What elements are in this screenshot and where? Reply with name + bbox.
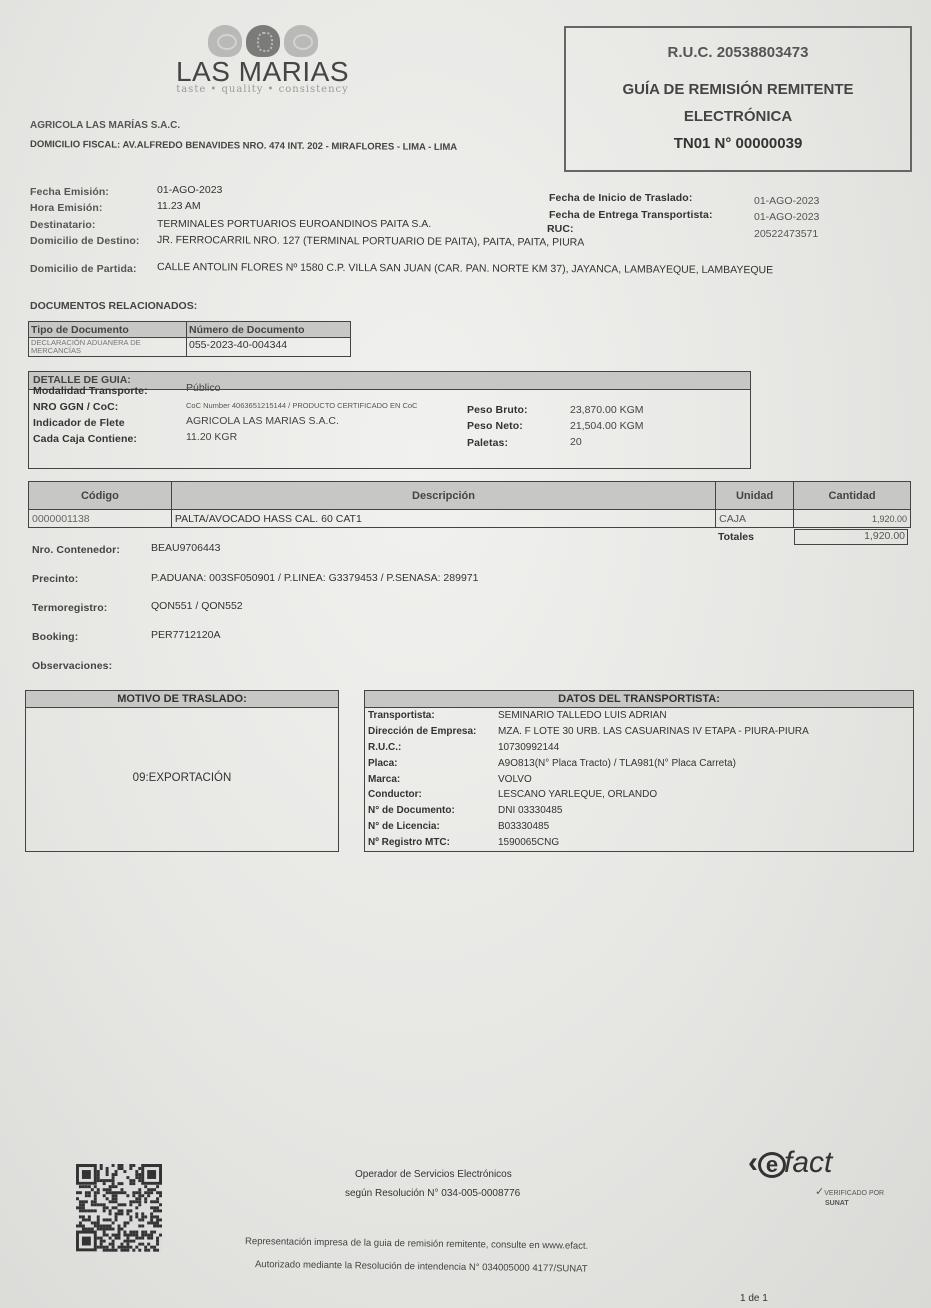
totals-value: 1,920.00 xyxy=(794,529,908,545)
transportista-title: DATOS DEL TRANSPORTISTA: xyxy=(365,691,913,708)
transportista-field-value: MZA. F LOTE 30 URB. LAS CASUARINAS IV ET… xyxy=(498,726,809,737)
destinatario-value: TERMINALES PORTUARIOS EUROANDINOS PAITA … xyxy=(157,218,431,230)
issuer-ruc: R.U.C. 20538803473 xyxy=(566,44,910,61)
fecha-inicio-label: Fecha de Inicio de Traslado: xyxy=(549,192,692,204)
hora-emision-value: 11.23 AM xyxy=(157,200,201,212)
table-row: 0000001138 PALTA/AVOCADO HASS CAL. 60 CA… xyxy=(29,510,911,528)
termoregistro-label: Termoregistro: xyxy=(32,602,107,614)
transportista-field-value: B03330485 xyxy=(498,821,549,832)
transportista-field-value: DNI 03330485 xyxy=(498,805,563,816)
transportista-field-label: Placa: xyxy=(365,758,498,769)
booking-label: Booking: xyxy=(32,631,78,643)
check-icon: ✓ xyxy=(815,1186,824,1198)
sunat-verified-badge: ✓VERIFICADO POR SUNAT xyxy=(815,1187,884,1209)
product-cantidad: 1,920.00 xyxy=(794,510,911,528)
avocado-icon xyxy=(208,25,242,57)
contenedor-value: BEAU9706443 xyxy=(151,542,220,554)
transportista-panel: DATOS DEL TRANSPORTISTA: Transportista:S… xyxy=(364,690,914,852)
domicilio-fiscal: DOMICILIO FISCAL: AV.ALFREDO BENAVIDES N… xyxy=(30,139,457,153)
hora-emision-label: Hora Emisión: xyxy=(30,202,102,214)
peso-neto-label: Peso Neto: xyxy=(467,420,523,432)
col-descripcion: Descripción xyxy=(171,482,715,510)
related-docs-title: DOCUMENTOS RELACIONADOS: xyxy=(30,300,197,312)
document-number: TN01 N° 00000039 xyxy=(566,135,910,152)
fruit-icon xyxy=(284,25,318,57)
contenedor-label: Nro. Contenedor: xyxy=(32,544,120,556)
transportista-row: Marca:VOLVO xyxy=(365,771,913,787)
col-unidad: Unidad xyxy=(716,482,794,510)
company-name: AGRICOLA LAS MARÍAS S.A.C. xyxy=(30,120,180,131)
ruc-destinatario-label: RUC: xyxy=(547,223,574,235)
document-title-line1: GUÍA DE REMISIÓN REMITENTE xyxy=(566,76,910,103)
document-title-line2: ELECTRÓNICA xyxy=(566,103,910,130)
indicador-flete-value: AGRICOLA LAS MARIAS S.A.C. xyxy=(186,415,339,427)
col-codigo: Código xyxy=(29,482,172,510)
peso-bruto-value: 23,870.00 KGM xyxy=(570,404,644,416)
booking-value: PER7712120A xyxy=(151,629,220,641)
product-descripcion: PALTA/AVOCADO HASS CAL. 60 CAT1 xyxy=(171,510,715,528)
transportista-field-value: A9O813(N° Placa Tracto) / TLA981(N° Plac… xyxy=(498,758,736,769)
cada-caja-value: 11.20 KGR xyxy=(186,431,237,443)
paletas-value: 20 xyxy=(570,436,582,448)
motivo-traslado-panel: MOTIVO DE TRASLADO: 09:EXPORTACIÓN xyxy=(25,690,339,852)
transportista-field-label: Nº Registro MTC: xyxy=(365,837,498,848)
ruc-destinatario-value: 20522473571 xyxy=(754,228,818,240)
sunat-text: SUNAT xyxy=(815,1199,884,1209)
domicilio-partida-value: CALLE ANTOLIN FLORES Nº 1580 C.P. VILLA … xyxy=(157,261,773,276)
fecha-entrega-label: Fecha de Entrega Transportista: xyxy=(549,209,713,221)
logo-tagline: taste • quality • consistency xyxy=(175,84,350,95)
verificado-text: VERIFICADO POR xyxy=(824,1190,884,1197)
doc-numero: 055-2023-40-004344 xyxy=(187,338,351,357)
fecha-entrega-value: 01-AGO-2023 xyxy=(754,211,819,223)
products-table: Código Descripción Unidad Cantidad 00000… xyxy=(28,481,911,528)
motivo-value: 09:EXPORTACIÓN xyxy=(26,772,338,784)
transportista-row: N° de Licencia:B03330485 xyxy=(365,819,913,835)
modalidad-value: Público xyxy=(186,382,220,394)
efact-logo: ‹efact xyxy=(748,1146,832,1180)
company-logo: LAS MARIAS taste • quality • consistency xyxy=(175,25,350,110)
transportista-row: Nº Registro MTC:1590065CNG xyxy=(365,834,913,850)
product-unidad: CAJA xyxy=(716,510,794,528)
transportista-field-label: Dirección de Empresa: xyxy=(365,726,498,737)
table-row: DECLARACIÓN ADUANERA DE MERCANCÍAS 055-2… xyxy=(29,338,351,357)
motivo-title: MOTIVO DE TRASLADO: xyxy=(26,691,338,708)
transportista-field-label: Marca: xyxy=(365,774,498,785)
col-cantidad: Cantidad xyxy=(794,482,911,510)
logo-name: LAS MARIAS xyxy=(175,57,350,87)
representacion-text: Representación impresa de la guia de rem… xyxy=(245,1236,588,1252)
product-codigo: 0000001138 xyxy=(29,510,172,528)
transportista-field-value: LESCANO YARLEQUE, ORLANDO xyxy=(498,789,657,800)
transportista-row: Placa:A9O813(N° Placa Tracto) / TLA981(N… xyxy=(365,755,913,771)
transportista-field-label: Transportista: xyxy=(365,710,498,721)
cada-caja-label: Cada Caja Contiene: xyxy=(33,433,137,445)
col-numero-documento: Número de Documento xyxy=(187,322,351,338)
transportista-row: Conductor:LESCANO YARLEQUE, ORLANDO xyxy=(365,787,913,803)
related-docs-table: Tipo de Documento Número de Documento DE… xyxy=(28,321,351,357)
transportista-field-value: VOLVO xyxy=(498,774,532,785)
precinto-value: P.ADUANA: 003SF050901 / P.LINEA: G337945… xyxy=(151,572,478,584)
operador-line2: según Resolución N° 034-005-0008776 xyxy=(345,1188,520,1199)
page-number: 1 de 1 xyxy=(740,1293,768,1304)
domicilio-destino-value: JR. FERROCARRIL NRO. 127 (TERMINAL PORTU… xyxy=(157,234,584,249)
transportista-row: R.U.C.:10730992144 xyxy=(365,740,913,756)
indicador-flete-label: Indicador de Flete xyxy=(33,417,125,429)
observaciones-label: Observaciones: xyxy=(32,660,112,672)
col-tipo-documento: Tipo de Documento xyxy=(29,322,187,338)
autorizado-text: Autorizado mediante la Resolución de int… xyxy=(255,1259,588,1275)
peso-neto-value: 21,504.00 KGM xyxy=(570,420,644,432)
paletas-label: Paletas: xyxy=(467,437,508,449)
fecha-inicio-value: 01-AGO-2023 xyxy=(754,195,819,207)
ggn-coc-value: CoC Number 4063651215144 / PRODUCTO CERT… xyxy=(186,401,417,410)
domicilio-partida-label: Domicilio de Partida: xyxy=(30,263,137,275)
destinatario-label: Destinatario: xyxy=(30,219,95,231)
efact-brand: fact xyxy=(784,1146,832,1179)
transportista-field-label: N° de Documento: xyxy=(365,805,498,816)
grapes-icon xyxy=(246,25,280,57)
qr-code xyxy=(76,1164,162,1252)
domicilio-destino-label: Domicilio de Destino: xyxy=(30,235,139,247)
transportista-row: Transportista:SEMINARIO TALLEDO LUIS ADR… xyxy=(365,708,913,724)
transportista-field-label: R.U.C.: xyxy=(365,742,498,753)
transportista-field-value: SEMINARIO TALLEDO LUIS ADRIAN xyxy=(498,710,667,721)
fecha-emision-value: 01-AGO-2023 xyxy=(157,184,222,196)
precinto-label: Precinto: xyxy=(32,573,78,585)
modalidad-label: Modalidad Transporte: xyxy=(33,385,148,397)
peso-bruto-label: Peso Bruto: xyxy=(467,404,528,416)
transportista-field-label: N° de Licencia: xyxy=(365,821,498,832)
document-id-box: R.U.C. 20538803473 GUÍA DE REMISIÓN REMI… xyxy=(564,26,912,172)
document-title: GUÍA DE REMISIÓN REMITENTE ELECTRÓNICA xyxy=(566,76,910,130)
doc-tipo: DECLARACIÓN ADUANERA DE MERCANCÍAS xyxy=(29,338,187,357)
transportista-field-label: Conductor: xyxy=(365,789,498,800)
transportista-row: Dirección de Empresa:MZA. F LOTE 30 URB.… xyxy=(365,724,913,740)
termoregistro-value: QON551 / QON552 xyxy=(151,600,243,612)
fecha-emision-label: Fecha Emisión: xyxy=(30,186,109,198)
ggn-coc-label: NRO GGN / CoC: xyxy=(33,401,118,413)
transportista-row: N° de Documento:DNI 03330485 xyxy=(365,803,913,819)
operador-line1: Operador de Servicios Electrónicos xyxy=(355,1169,512,1180)
transportista-field-value: 10730992144 xyxy=(498,742,559,753)
transportista-field-value: 1590065CNG xyxy=(498,837,559,848)
totals-label: Totales xyxy=(718,531,754,543)
efact-e-icon: e xyxy=(758,1152,786,1178)
